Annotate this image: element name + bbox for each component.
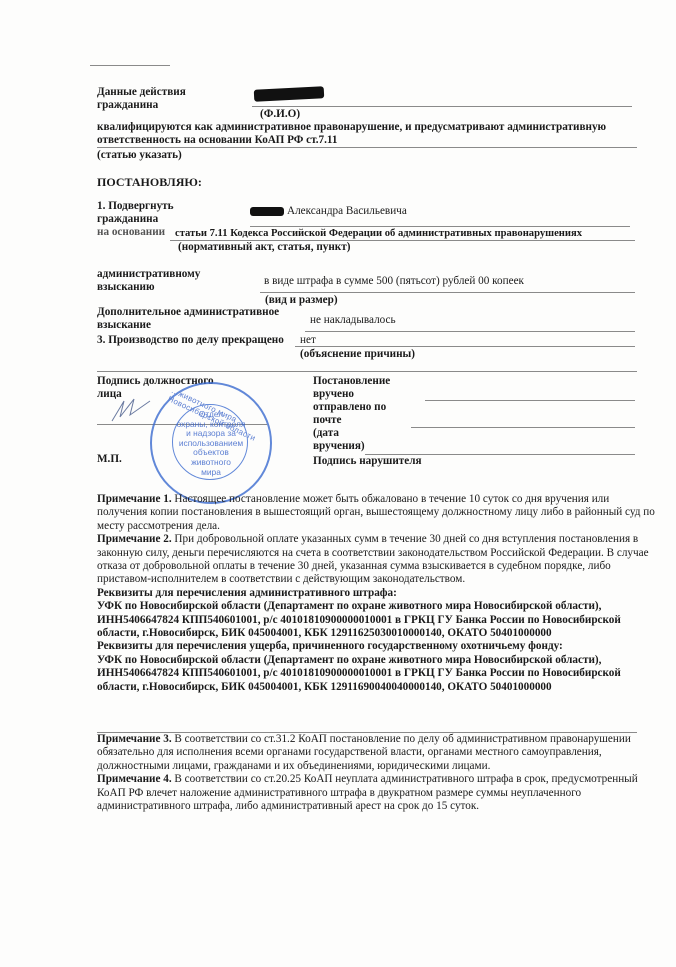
delivered-line: вручения) (313, 440, 390, 453)
additional-value: не накладывалось (310, 314, 396, 326)
penalty-label-line2: взысканию (97, 281, 200, 294)
damage-requisites-text: УФК по Новосибирской области (Департамен… (97, 654, 657, 694)
additional-line (305, 331, 635, 332)
delivered-label: Постановление вручено отправлено по почт… (313, 375, 390, 453)
fine-requisites-text: УФК по Новосибирской области (Департамен… (97, 600, 657, 640)
note-1-text: Настоящее постановление может быть обжал… (97, 493, 655, 532)
note-4: Примечание 4. В соответствии со ст.20.25… (97, 773, 657, 813)
stamp-line: мира (162, 468, 260, 478)
basis-caption: (нормативный акт, статья, пункт) (178, 241, 350, 253)
penalty-value: в виде штрафа в сумме 500 (пятьсот) рубл… (264, 275, 524, 287)
basis-value: статьи 7.11 Кодекса Российской Федерации… (175, 228, 582, 239)
notes-block-2: Примечание 3. В соответствии со ст.31.2 … (97, 733, 657, 813)
additional-label: Дополнительное административное взыскани… (97, 306, 279, 332)
additional-label-line1: Дополнительное административное (97, 306, 279, 319)
article-caption: (статью указать) (97, 149, 182, 161)
note-1-title: Примечание 1. (97, 493, 172, 505)
fio-line (252, 106, 632, 107)
delivered-line: вручено (313, 388, 390, 401)
fine-requisites-title: Реквизиты для перечисления административ… (97, 587, 657, 600)
decree-title: ПОСТАНОВЛЯЮ: (97, 175, 202, 190)
item1-label: 1. Подвергнуть гражданина на основании (97, 200, 174, 239)
item3-line (295, 346, 635, 347)
citizen-name: Александра Васильевича (287, 205, 407, 217)
damage-requisites-title: Реквизиты для перечисления ущерба, причи… (97, 640, 657, 653)
note-2-text: При добровольной оплате указанных сумм в… (97, 533, 649, 585)
seal-label: М.П. (97, 453, 122, 465)
item1-label-line3: на основании (97, 226, 174, 239)
delivered-line-1 (425, 400, 635, 401)
signature-top-line (97, 371, 637, 372)
penalty-label: административному взысканию (97, 268, 200, 294)
penalty-caption: (вид и размер) (265, 294, 338, 306)
signature-scribble-icon (110, 395, 155, 425)
note-2-title: Примечание 2. (97, 533, 172, 545)
article-line (97, 147, 637, 148)
delivered-line: Постановление (313, 375, 390, 388)
item1-label-line1: 1. Подвергнуть (97, 200, 174, 213)
note-3-title: Примечание 3. (97, 733, 172, 745)
redacted-surname (250, 207, 284, 216)
note-2: Примечание 2. При добровольной оплате ук… (97, 533, 657, 587)
additional-label-line2: взыскание (97, 319, 279, 332)
citizen-line (250, 226, 630, 227)
item3-caption: (объяснение причины) (300, 348, 415, 360)
delivered-line-2 (411, 427, 635, 428)
official-stamp: ...животного мира Новосибирской области … (150, 382, 272, 504)
citizen-action-label: Данные действия гражданина (97, 86, 227, 112)
delivered-line: отправлено по (313, 401, 390, 414)
note-3-text: В соответствии со ст.31.2 КоАП постановл… (97, 733, 631, 772)
notes-block: Примечание 1. Настоящее постановление мо… (97, 493, 657, 694)
item3-value: нет (300, 334, 316, 346)
item3-label: 3. Производство по делу прекращено (97, 334, 284, 346)
fio-caption: (Ф.И.О) (260, 108, 300, 120)
delivered-line: почте (313, 414, 390, 427)
note-4-text: В соответствии со ст.20.25 КоАП неуплата… (97, 773, 638, 812)
qualification-text-1: квалифицируются как административное пра… (97, 121, 606, 133)
penalty-label-line1: административному (97, 268, 200, 281)
note-1: Примечание 1. Настоящее постановление мо… (97, 493, 657, 533)
top-divider (90, 65, 170, 66)
delivered-line: (дата (313, 427, 390, 440)
qualification-text-2: ответственность на основании КоАП РФ ст.… (97, 134, 338, 146)
stamp-center-text: Отдел охраны, контроля и надзора за испо… (162, 410, 260, 477)
penalty-line (260, 292, 635, 293)
note-3: Примечание 3. В соответствии со ст.31.2 … (97, 733, 657, 773)
item1-label-line2: гражданина (97, 213, 174, 226)
violator-signature-label: Подпись нарушителя (313, 455, 422, 467)
note-4-title: Примечание 4. (97, 773, 172, 785)
redacted-name (254, 86, 325, 102)
